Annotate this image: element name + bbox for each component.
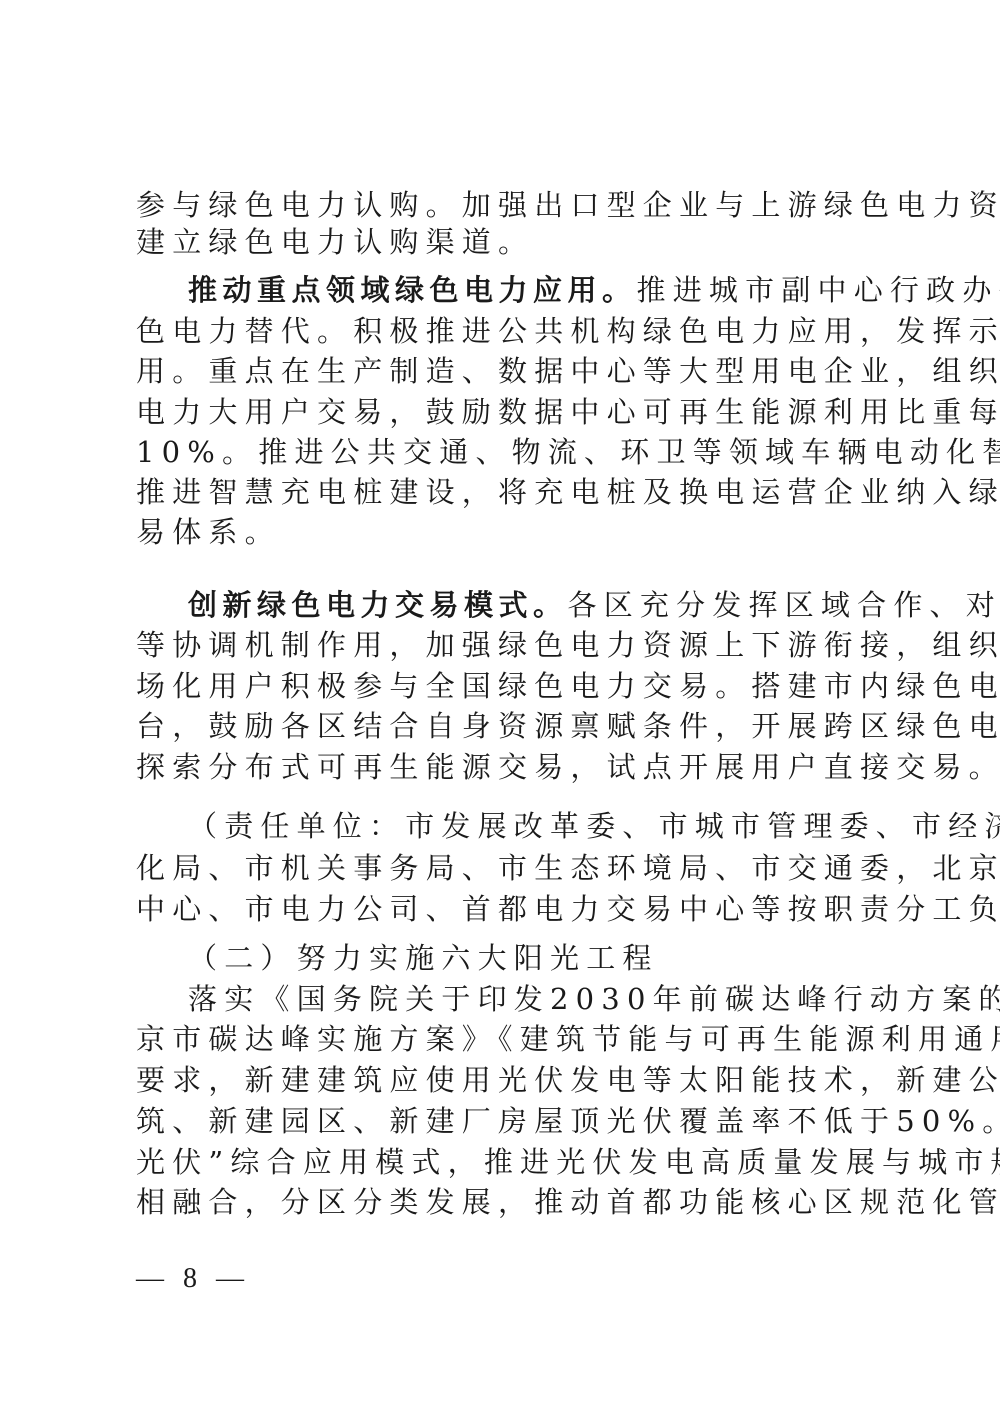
line-text: 易体系。: [136, 515, 281, 549]
text-line: 中心、市电力公司、首都电力交易中心等按职责分工负责）: [136, 889, 876, 929]
text-line: 易体系。: [136, 512, 876, 552]
page-number: — 8 —: [136, 1262, 250, 1296]
text-line: （责任单位：市发展改革委、市城市管理委、市经济和信息: [188, 806, 876, 846]
line-text: 中心、市电力公司、首都电力交易中心等按职责分工负责）: [136, 892, 1000, 926]
text-line: 场化用户积极参与全国绿色电力交易。搭建市内绿色电力交易平: [136, 666, 876, 706]
line-text: 相融合，分区分类发展，推动首都功能核心区规范化管理、中心: [136, 1185, 1000, 1219]
text-line: 推动重点领域绿色电力应用。推进城市副中心行政办公区绿: [188, 270, 876, 310]
line-text: 用。重点在生产制造、数据中心等大型用电企业，组织开展绿色: [136, 354, 1000, 388]
line-text: 化局、市机关事务局、市生态环境局、市交通委，北京电力交易: [136, 851, 1000, 885]
line-text: 光伏”综合应用模式，推进光伏发电高质量发展与城市规划建设: [136, 1145, 1000, 1179]
line-text: 筑、新建园区、新建厂房屋顶光伏覆盖率不低于50%。创新“+: [136, 1104, 1000, 1138]
line-text: 推进城市副中心行政办公区绿: [637, 273, 1000, 307]
text-line: 10%。推进公共交通、物流、环卫等领域车辆电动化替代，配套: [136, 432, 876, 472]
text-line: （二）努力实施六大阳光工程: [188, 938, 876, 978]
paragraph-heading: 推动重点领域绿色电力应用。: [188, 273, 637, 307]
line-text: 探索分布式可再生能源交易，试点开展用户直接交易。: [136, 750, 1000, 784]
line-text: 色电力替代。积极推进公共机构绿色电力应用，发挥示范引领作: [136, 314, 1000, 348]
text-line: 筑、新建园区、新建厂房屋顶光伏覆盖率不低于50%。创新“+: [136, 1101, 876, 1141]
text-line: 电力大用户交易，鼓励数据中心可再生能源利用比重每年递增: [136, 392, 876, 432]
text-line: 建立绿色电力认购渠道。: [136, 222, 876, 262]
line-text: 推进智慧充电桩建设，将充电桩及换电运营企业纳入绿色电力交: [136, 475, 1000, 509]
line-text: 电力大用户交易，鼓励数据中心可再生能源利用比重每年递增: [136, 395, 1000, 429]
text-line: 光伏”综合应用模式，推进光伏发电高质量发展与城市规划建设: [136, 1142, 876, 1182]
text-line: 色电力替代。积极推进公共机构绿色电力应用，发挥示范引领作: [136, 311, 876, 351]
text-line: 相融合，分区分类发展，推动首都功能核心区规范化管理、中心: [136, 1182, 876, 1222]
paragraph-heading: 创新绿色电力交易模式。: [188, 588, 568, 622]
line-text: 要求，新建建筑应使用光伏发电等太阳能技术，新建公共机构建: [136, 1063, 1000, 1097]
text-line: 探索分布式可再生能源交易，试点开展用户直接交易。: [136, 747, 876, 787]
text-line: 化局、市机关事务局、市生态环境局、市交通委，北京电力交易: [136, 848, 876, 888]
line-text: 等协调机制作用，加强绿色电力资源上下游衔接，组织区域内市: [136, 628, 1000, 662]
line-text: （二）努力实施六大阳光工程: [188, 941, 659, 975]
text-line: 京市碳达峰实施方案》《建筑节能与可再生能源利用通用规范》: [136, 1019, 876, 1059]
line-text: （责任单位：市发展改革委、市城市管理委、市经济和信息: [188, 809, 1000, 843]
line-text: 各区充分发挥区域合作、对口支援: [568, 588, 1000, 622]
line-text: 京市碳达峰实施方案》《建筑节能与可再生能源利用通用规范》: [136, 1022, 1000, 1056]
line-text: 10%。推进公共交通、物流、环卫等领域车辆电动化替代，配套: [136, 435, 1000, 469]
text-line: 台，鼓励各区结合自身资源禀赋条件，开展跨区绿色电力交易。: [136, 706, 876, 746]
line-text: 参与绿色电力认购。加强出口型企业与上游绿色电力资源对接，: [136, 188, 1000, 222]
line-text: 建立绿色电力认购渠道。: [136, 225, 534, 259]
text-line: 参与绿色电力认购。加强出口型企业与上游绿色电力资源对接，: [136, 185, 876, 225]
line-text: 台，鼓励各区结合自身资源禀赋条件，开展跨区绿色电力交易。: [136, 709, 1000, 743]
text-line: 用。重点在生产制造、数据中心等大型用电企业，组织开展绿色: [136, 351, 876, 391]
text-line: 要求，新建建筑应使用光伏发电等太阳能技术，新建公共机构建: [136, 1060, 876, 1100]
text-line: 推进智慧充电桩建设，将充电桩及换电运营企业纳入绿色电力交: [136, 472, 876, 512]
text-line: 创新绿色电力交易模式。各区充分发挥区域合作、对口支援: [188, 585, 876, 625]
text-line: 等协调机制作用，加强绿色电力资源上下游衔接，组织区域内市: [136, 625, 876, 665]
line-text: 场化用户积极参与全国绿色电力交易。搭建市内绿色电力交易平: [136, 669, 1000, 703]
text-line: 落实《国务院关于印发2030年前碳达峰行动方案的通知》《北: [188, 979, 876, 1019]
line-text: 落实《国务院关于印发2030年前碳达峰行动方案的通知》《北: [188, 982, 1000, 1016]
document-page: 参与绿色电力认购。加强出口型企业与上游绿色电力资源对接，建立绿色电力认购渠道。推…: [0, 0, 1000, 1414]
